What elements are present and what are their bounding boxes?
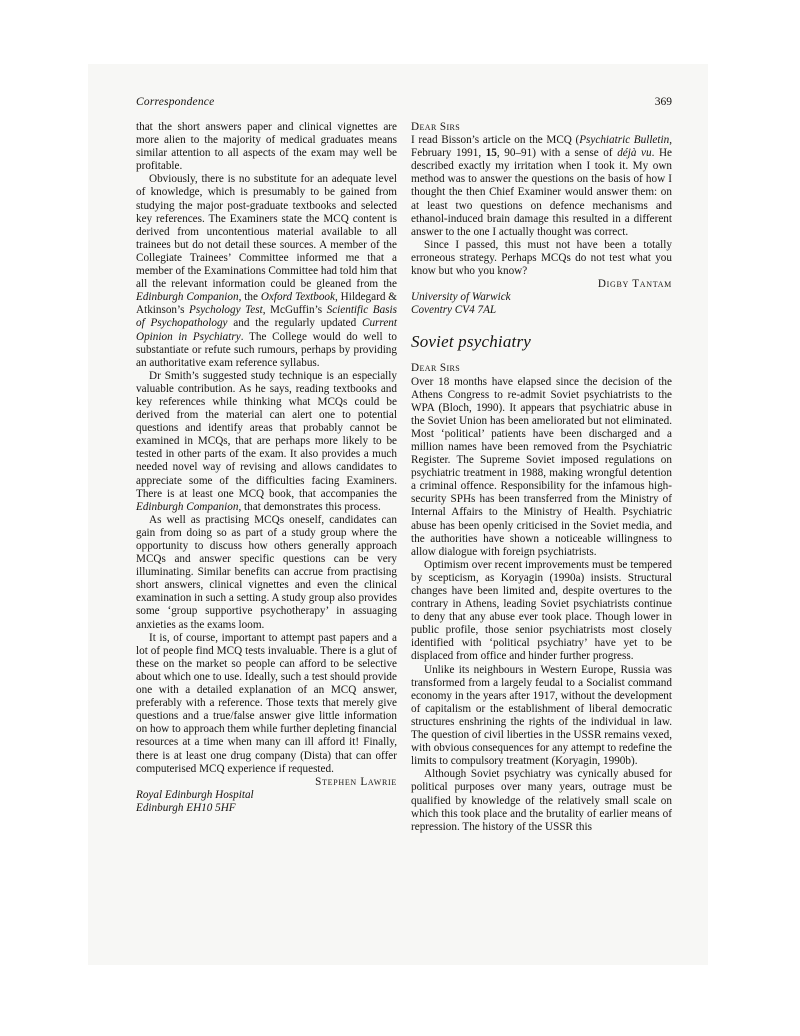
body-text: I read Bisson’s article on the MCQ ( [411, 134, 579, 146]
address-line: Edinburgh EH10 5HF [136, 802, 397, 815]
body-text: , that demonstrates this process. [238, 501, 380, 513]
body-text: Unlike its neighbours in Western Europe,… [411, 664, 672, 768]
author-address: Royal Edinburgh Hospital Edinburgh EH10 … [136, 789, 397, 815]
page-number: 369 [655, 96, 672, 108]
paragraph: Over 18 months have elapsed since the de… [411, 376, 672, 559]
paragraph: that the short answers paper and clinica… [136, 121, 397, 173]
paragraph: I read Bisson’s article on the MCQ (Psyc… [411, 134, 672, 239]
paragraph: Since I passed, this must not have been … [411, 239, 672, 278]
signature: Stephen Lawrie [136, 776, 397, 789]
paragraph: Although Soviet psychiatry was cynically… [411, 768, 672, 833]
paragraph: Obviously, there is no substitute for an… [136, 173, 397, 369]
italic-text: Psychiatric Bulletin [579, 134, 669, 146]
running-title: Correspondence [136, 96, 214, 108]
body-text: Although Soviet psychiatry was cynically… [411, 768, 672, 832]
body-text: It is, of course, important to attempt p… [136, 632, 397, 775]
left-column: that the short answers paper and clinica… [136, 121, 397, 834]
page-header: Correspondence 369 [136, 96, 672, 108]
paragraph: Dr Smith’s suggested study technique is … [136, 370, 397, 514]
paragraph: It is, of course, important to attempt p… [136, 632, 397, 776]
body-text: Over 18 months have elapsed since the de… [411, 376, 672, 558]
section-heading-soviet-psychiatry: Soviet psychiatry [411, 332, 672, 351]
body-text: Optimism over recent improvements must b… [411, 559, 672, 663]
body-text: and the regularly updated [228, 317, 362, 329]
body-text: Since I passed, this must not have been … [411, 239, 672, 277]
author-address: University of Warwick Coventry CV4 7AL [411, 291, 672, 317]
signature: Digby Tantam [411, 278, 672, 291]
body-text: , the [239, 291, 261, 303]
body-text: Obviously, there is no substitute for an… [136, 173, 397, 290]
salutation: Dear Sirs [411, 362, 672, 375]
bold-text: 15 [486, 147, 497, 159]
address-line: Royal Edinburgh Hospital [136, 789, 397, 802]
italic-text: Edinburgh Companion [136, 291, 239, 303]
italic-text: Psychology Test [189, 304, 263, 316]
body-text: As well as practising MCQs oneself, cand… [136, 514, 397, 631]
text-columns: that the short answers paper and clinica… [136, 121, 672, 834]
letter-body-mcq-reply: that the short answers paper and clinica… [136, 121, 397, 776]
body-text: that the short answers paper and clinica… [136, 121, 397, 172]
body-text: , McGuffin’s [263, 304, 327, 316]
body-text: . He described exactly my irritation whe… [411, 147, 672, 238]
italic-text: déjà vu [617, 147, 651, 159]
italic-text: Oxford Textbook [261, 291, 335, 303]
paragraph: Optimism over recent improvements must b… [411, 559, 672, 664]
right-column: Dear Sirs I read Bisson’s article on the… [411, 121, 672, 834]
address-line: University of Warwick [411, 291, 672, 304]
salutation: Dear Sirs [411, 121, 672, 134]
letter-body-bisson-reply: I read Bisson’s article on the MCQ (Psyc… [411, 134, 672, 278]
address-line: Coventry CV4 7AL [411, 304, 672, 317]
paragraph: Unlike its neighbours in Western Europe,… [411, 664, 672, 769]
body-text: Dr Smith’s suggested study technique is … [136, 370, 397, 500]
letter-body-soviet-psychiatry: Over 18 months have elapsed since the de… [411, 376, 672, 834]
body-text: , 90–91) with a sense of [497, 147, 617, 159]
italic-text: Edinburgh Companion [136, 501, 238, 513]
paragraph: As well as practising MCQs oneself, cand… [136, 514, 397, 632]
